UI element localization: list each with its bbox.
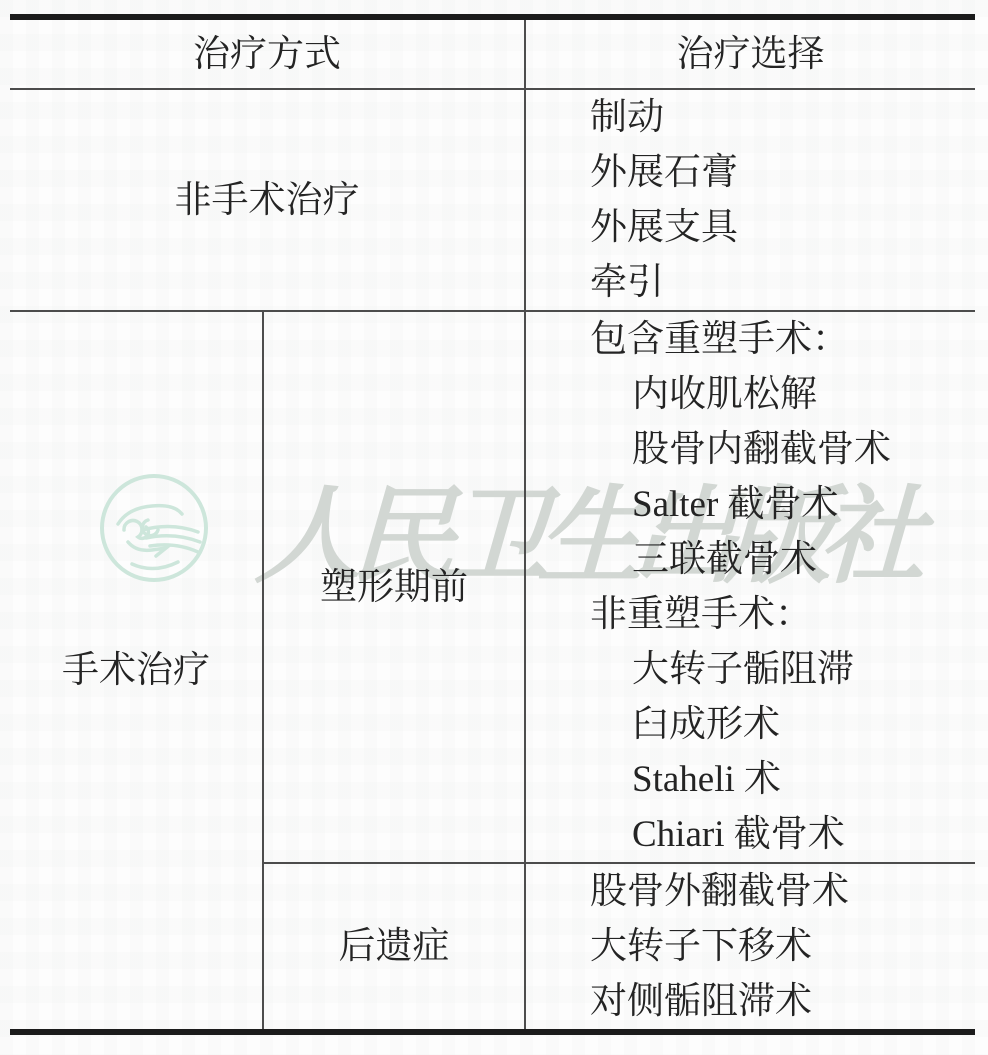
table-row-nonsurgical: 非手术治疗 制动外展石膏外展支具牵引	[10, 89, 975, 311]
table-header-row: 治疗方式 治疗选择	[10, 17, 975, 89]
treatment-option: 三联截骨术	[590, 532, 975, 587]
sequelae-options-list: 股骨外翻截骨术大转子下移术对侧骺阻滞术	[525, 863, 975, 1032]
header-treatment-method: 治疗方式	[10, 17, 525, 89]
treatment-option: 股骨内翻截骨术	[590, 422, 975, 477]
treatment-option: 臼成形术	[590, 697, 975, 752]
treatment-option: 外展支具	[590, 200, 975, 255]
treatment-option: 外展石膏	[590, 145, 975, 200]
sequelae-label: 后遗症	[263, 863, 525, 1032]
treatment-option: 大转子骺阻滞	[590, 642, 975, 697]
treatment-option: 对侧骺阻滞术	[590, 974, 975, 1029]
treatment-option: 内收肌松解	[590, 367, 975, 422]
presurgery-options-list: 包含重塑手术：内收肌松解股骨内翻截骨术Salter 截骨术三联截骨术非重塑手术：…	[525, 311, 975, 863]
header-treatment-choice: 治疗选择	[525, 17, 975, 89]
treatment-option: 非重塑手术：	[590, 587, 975, 642]
table-row-presurgery: 手术治疗 塑形期前 包含重塑手术：内收肌松解股骨内翻截骨术Salter 截骨术三…	[10, 311, 975, 863]
treatment-option: 大转子下移术	[590, 919, 975, 974]
treatment-option: 牵引	[590, 255, 975, 310]
treatment-option: 股骨外翻截骨术	[590, 864, 975, 919]
treatment-option: 包含重塑手术：	[590, 312, 975, 367]
treatment-option: 制动	[590, 90, 975, 145]
nonsurgical-label: 非手术治疗	[10, 89, 525, 311]
treatment-options-table: 治疗方式 治疗选择 非手术治疗 制动外展石膏外展支具牵引 手术治疗 塑形期前 包…	[10, 14, 975, 1035]
treatment-option: Staheli 术	[590, 752, 975, 807]
presurgery-label: 塑形期前	[263, 311, 525, 863]
surgical-label: 手术治疗	[10, 311, 263, 1032]
treatment-option: Chiari 截骨术	[590, 807, 975, 862]
treatment-option: Salter 截骨术	[590, 477, 975, 532]
nonsurgical-options-list: 制动外展石膏外展支具牵引	[525, 89, 975, 311]
